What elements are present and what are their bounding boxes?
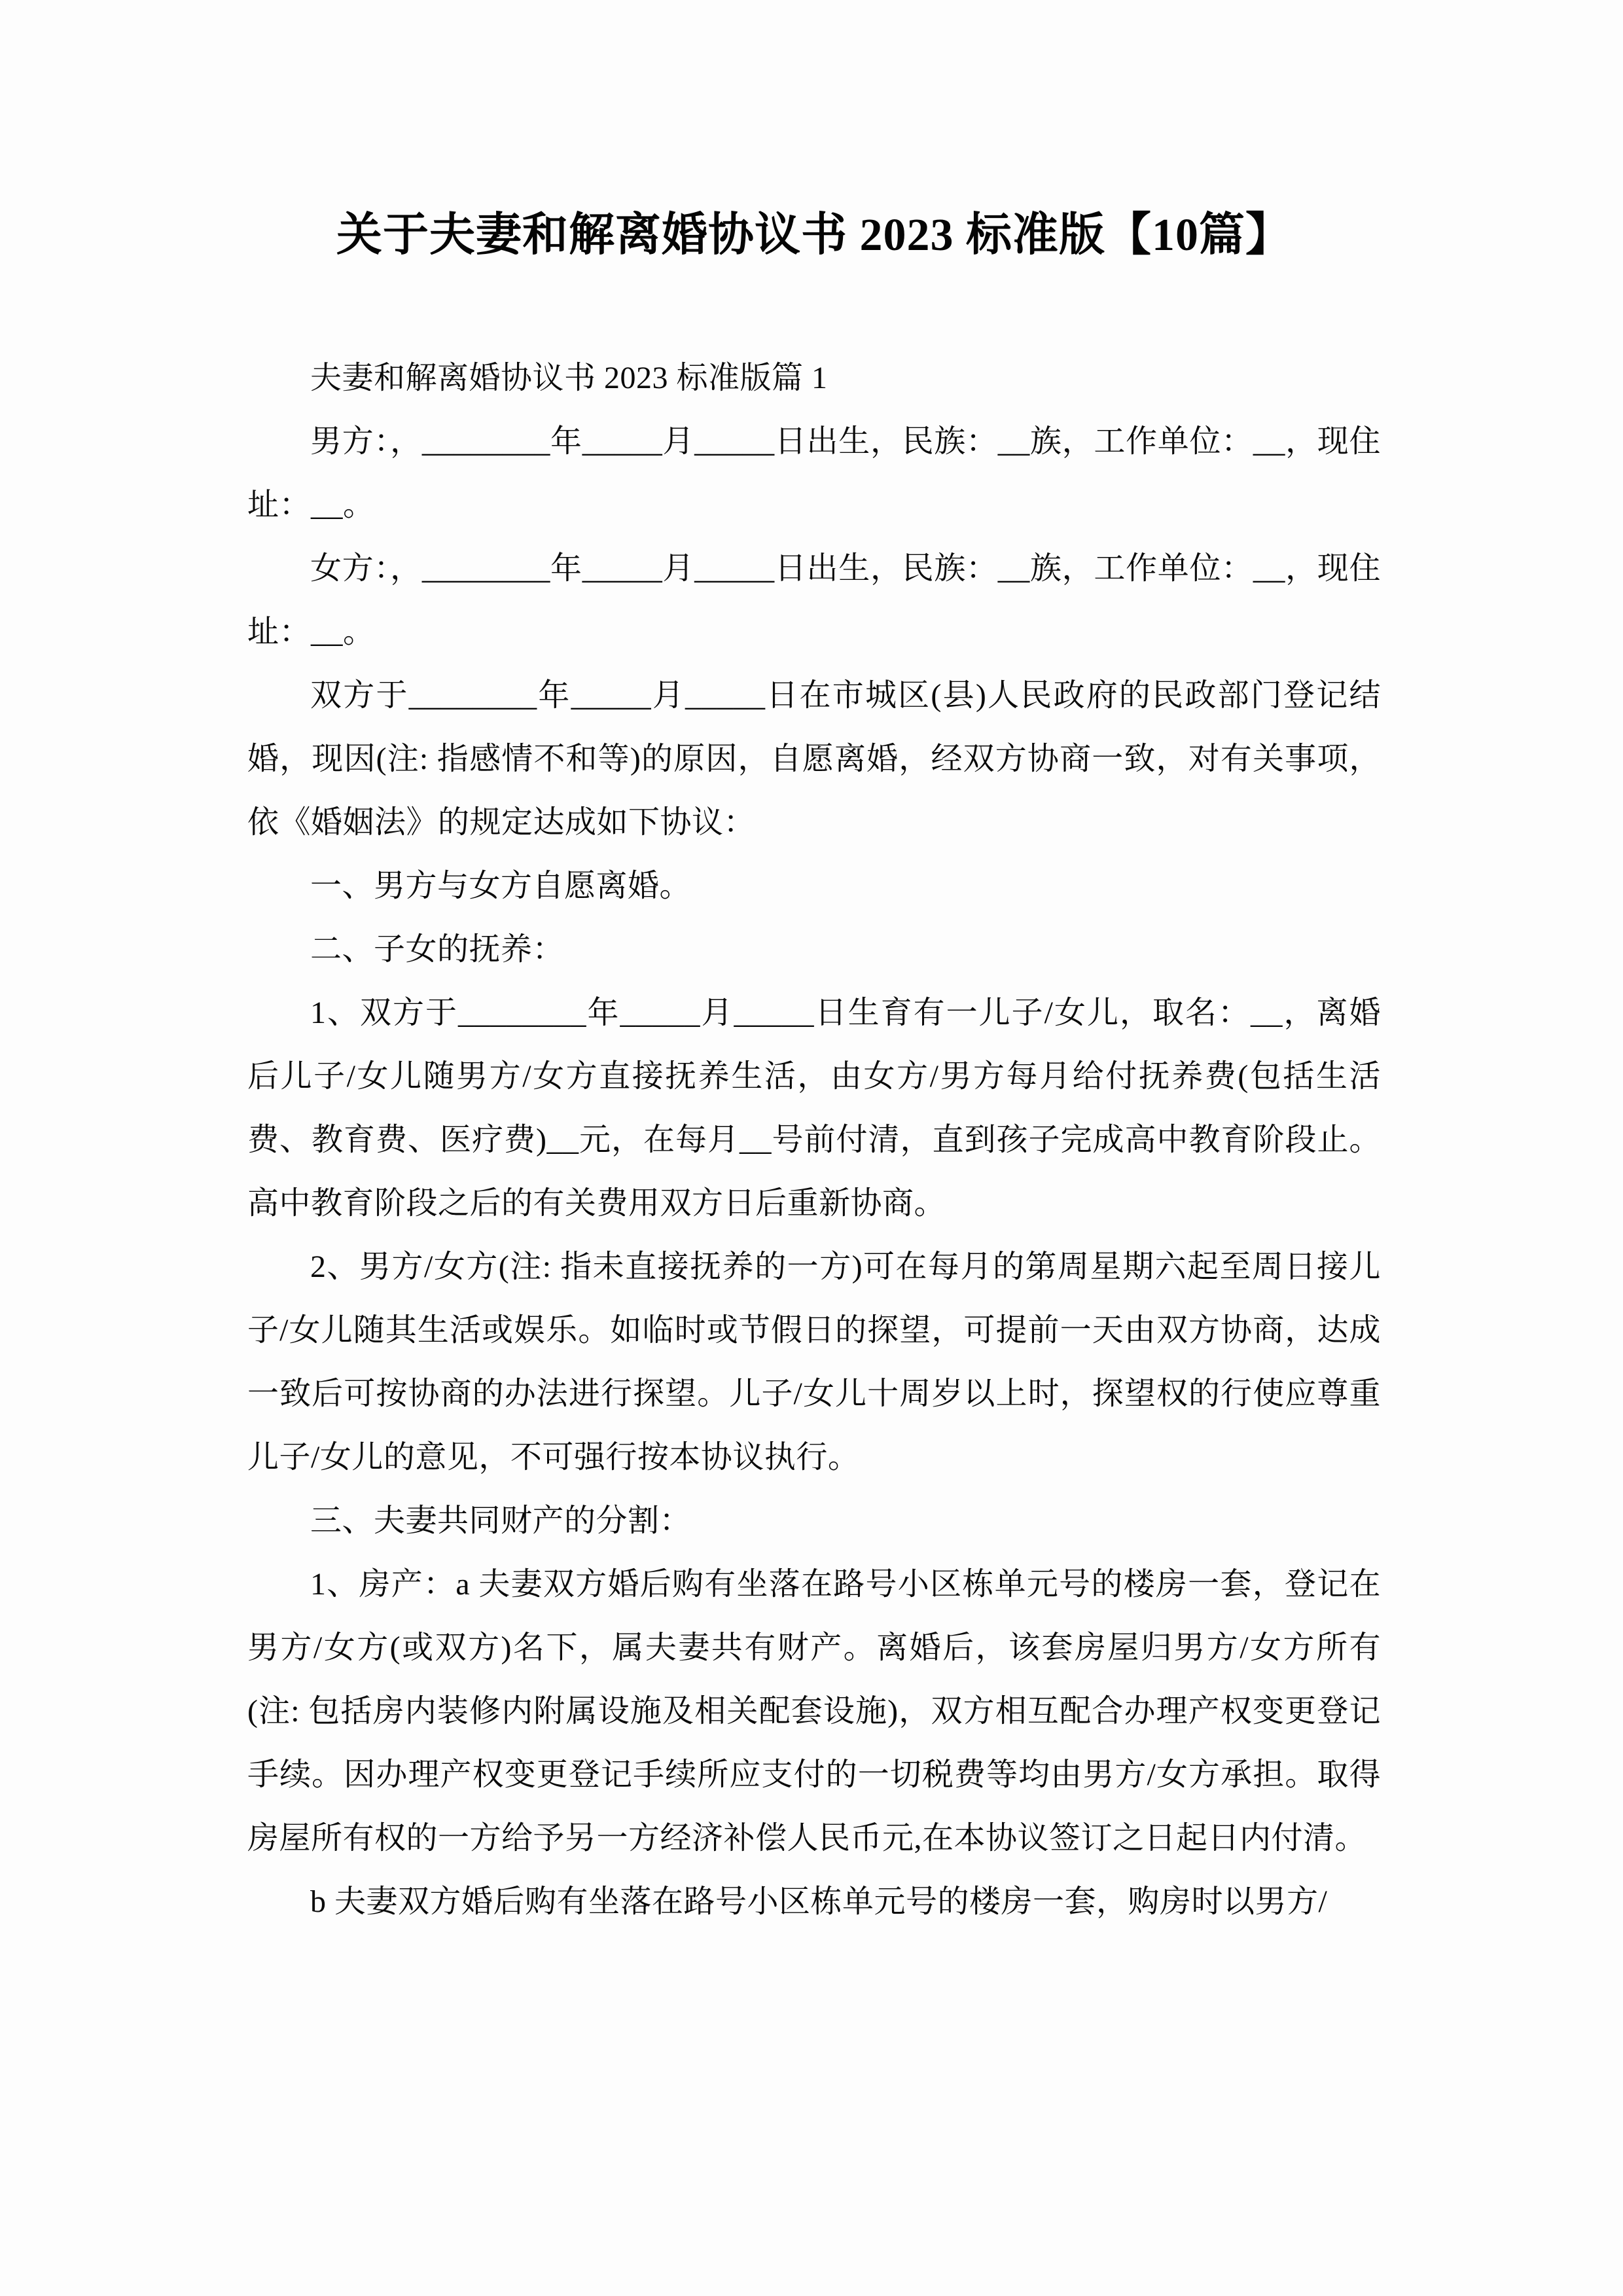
paragraph-male-party-info: 男方：，________年_____月_____日出生，民族：__族，工作单位：… [247,410,1381,537]
paragraph-marriage-registration: 双方于________年_____月_____日在市城区(县)人民政府的民政部门… [247,664,1381,854]
clause-1-voluntary-divorce: 一、男方与女方自愿离婚。 [247,854,1381,918]
document-title: 关于夫妻和解离婚协议书 2023 标准版【10篇】 [247,194,1381,278]
clause-3-property-division-heading: 三、夫妻共同财产的分割： [247,1489,1381,1552]
paragraph-property-item-a: 1、房产：a 夫妻双方婚后购有坐落在路号小区栋单元号的楼房一套，登记在男方/女方… [247,1552,1381,1870]
paragraph-property-item-b: b 夫妻双方婚后购有坐落在路号小区栋单元号的楼房一套，购房时以男方/ [247,1870,1381,1933]
doc-subtitle: 夫妻和解离婚协议书 2023 标准版篇 1 [247,346,1381,410]
document-body: 夫妻和解离婚协议书 2023 标准版篇 1 男方：，________年_____… [247,346,1381,1933]
paragraph-custody-item-1: 1、双方于________年_____月_____日生育有一儿子/女儿，取名：_… [247,981,1381,1235]
document-page: 关于夫妻和解离婚协议书 2023 标准版【10篇】 夫妻和解离婚协议书 2023… [0,0,1623,2296]
clause-2-child-custody-heading: 二、子女的抚养： [247,918,1381,981]
paragraph-custody-item-2: 2、男方/女方(注: 指未直接抚养的一方)可在每月的第周星期六起至周日接儿子/女… [247,1235,1381,1489]
paragraph-female-party-info: 女方：，________年_____月_____日出生，民族：__族，工作单位：… [247,537,1381,664]
